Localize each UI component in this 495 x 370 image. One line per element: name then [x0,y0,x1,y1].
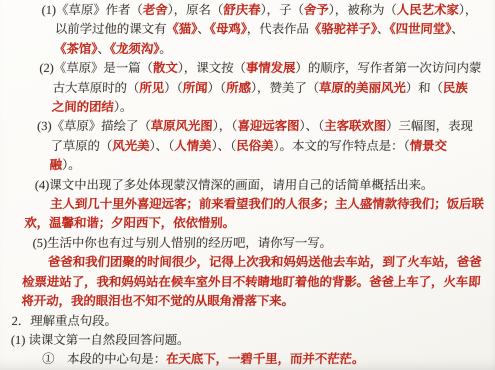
text-run: 以前学过他的课文有 [55,22,167,36]
answer-text-run: 之间的团结 [52,100,114,114]
text-line: (3)《草原》描绘了（草原风光图），（喜迎远客图）、（主客联欢图）三幅图，表现 [0,117,495,136]
answer-text-run: 人情美 [174,139,212,153]
text-run: (1)《草原》作者（ [41,3,143,17]
text-run: ① 本段的中心句是： [42,352,166,366]
text-run: 了草原的（ [50,139,112,153]
answer-text-run: 《猫》 [166,22,198,36]
text-run: ）。本文的写作特点是：（ [273,139,410,153]
text-line: 了草原的（风光美）、（人情美）、（民俗美）。本文的写作特点是：（情景交 [0,137,495,156]
answer-text-run: 民族 [443,81,468,95]
text-run: ）的顺序，写作者第一次访问内蒙 [295,61,481,75]
text-run: ）、（ [299,119,324,133]
text-run: ），子（ [260,3,304,17]
answer-text-run: 《茶馆》 [54,42,98,56]
text-line: (2)《草原》是一篇（散文），课文按（事情发展）的顺序，写作者第一次访问内蒙 [0,59,495,78]
text-line: 融）。 [0,156,495,175]
text-run: ，代表作品 [247,22,309,36]
text-run: ），赞美了（ [251,81,320,95]
text-line: 古大草原时的（所见）（所闻）（所感），赞美了（草原的美丽风光）和（民族 [0,79,495,98]
text-line: (1)《草原》作者（老舍），原名（舒庆春），子（舍予），被称为（人民艺术家）， [0,1,495,20]
text-line: (1) 读课文第一自然段回答问题。 [0,331,495,350]
answer-line: 欢，温馨和谐；夕阳西下，依依惜别。 [0,214,495,233]
answer-text-run: 检票进站了，我和妈妈站在候车室外目不转睛地盯着他的背影。爸爸上车了，火车即 [22,275,481,289]
text-run: ）。 [114,100,133,114]
document-page: (1)《草原》作者（老舍），原名（舒庆春），子（舍予），被称为（人民艺术家），以… [0,0,495,370]
text-run: ）。 [62,158,81,172]
answer-text-run: 《骆驼祥子》 [309,22,378,36]
text-line: ① 本段的中心句是：在天底下，一碧千里，而并不茫茫。 [0,350,495,369]
text-line: 之间的团结）。 [0,98,495,117]
answer-text-run: 事情发展 [246,61,296,75]
text-run: ）（ [207,81,226,95]
answer-text-run: 《母鸡》 [209,22,247,36]
answer-text-run: 老舍 [143,3,168,17]
answer-text-run: 草原的美丽风光 [319,81,406,95]
answer-text-run: 所闻 [182,81,207,95]
answer-text-run: 所见 [139,81,164,95]
answer-text-run: 爸爸和我们团聚的时间很少，记得上次我和妈妈送他去车站，到了火车站，爸爸 [48,255,482,269]
text-run: (1) 读课文第一自然段回答问题。 [11,333,190,347]
answer-text-run: 《四世同堂》 [389,22,451,36]
text-run: ）、（ [149,139,174,153]
answer-text-run: 草原风光图 [150,119,212,133]
text-run: (3)《草原》描绘了（ [37,119,151,133]
answer-text-run: 欢，温馨和谐；夕阳西下，依依惜别。 [24,216,235,230]
answer-text-run: 所感 [226,81,251,95]
answer-text-run: 主人到几十里外喜迎远客；前来看望我们的人很多；主人盛情款待我们；饭后联 [50,197,484,211]
answer-text-run: 在天底下，一碧千里，而并不茫茫。 [166,352,365,366]
answer-text-run: 情景交 [409,139,447,153]
text-line: (4)课文中出现了多处体现蒙汉情深的画面，请用自己的话简单概括出来。 [0,176,495,195]
answer-line: 爸爸和我们团聚的时间很少，记得上次我和妈妈送他去车站，到了火车站，爸爸 [0,253,495,272]
text-run: 古大草原时的（ [52,81,139,95]
text-run: (5)生活中你也有过与别人惜别的经历吧，请你写一写。 [32,236,332,250]
answer-text-run: 喜迎远客图 [237,119,299,133]
text-run: 、 [451,22,464,36]
text-line: 以前学过他的课文有《猫》、《母鸡》，代表作品《骆驼祥子》、《四世同堂》、 [0,20,495,39]
text-line: 《茶馆》、《龙须沟》。 [0,40,495,59]
answer-line: 主人到几十里外喜迎远客；前来看望我们的人很多；主人盛情款待我们；饭后联 [0,195,495,214]
text-run: 、 [377,22,390,36]
answer-text-run: 舍予 [304,3,329,17]
text-run: ）三幅图，表现 [386,119,473,133]
text-run: (4)课文中出现了多处体现蒙汉情深的画面，请用自己的话简单概括出来。 [35,178,434,192]
answer-text-run: 融 [49,158,62,172]
text-run: 2．理解重点句段。 [11,314,117,328]
text-run: 、 [97,42,110,56]
text-run: ），课文按（ [177,61,246,75]
answer-text-run: 散文 [153,61,178,75]
answer-line: 将开动，我的眼泪也不知不觉的从眼角滑落下来。 [0,292,495,311]
text-run: 。 [159,42,172,56]
answer-line: 检票进站了，我和妈妈站在候车室外目不转睛地盯着他的背影。爸爸上车了，火车即 [0,273,495,292]
text-run: ），被称为（ [328,3,397,17]
text-run: ）和（ [406,81,444,95]
text-run: ）， [459,3,478,17]
heading-line: 2．理解重点句段。 [0,312,495,331]
document-body: (1)《草原》作者（老舍），原名（舒庆春），子（舍予），被称为（人民艺术家），以… [0,0,495,370]
text-run: (2)《草原》是一篇（ [39,61,153,75]
answer-text-run: 《龙须沟》 [110,42,160,56]
text-run: ）（ [164,81,183,95]
answer-text-run: 主客联欢图 [324,119,386,133]
answer-text-run: 风光美 [112,139,150,153]
answer-text-run: 舒庆春 [223,3,261,17]
answer-text-run: 民俗美 [236,139,274,153]
answer-text-run: 人民艺术家 [397,3,459,17]
text-run: ）、（ [211,139,236,153]
answer-text-run: 将开动，我的眼泪也不知不觉的从眼角滑落下来。 [21,294,294,308]
text-run: ），原名（ [167,3,223,17]
text-line: (5)生活中你也有过与别人惜别的经历吧，请你写一写。 [0,234,495,253]
text-run: 、 [197,22,210,36]
text-run: ），（ [212,119,237,133]
